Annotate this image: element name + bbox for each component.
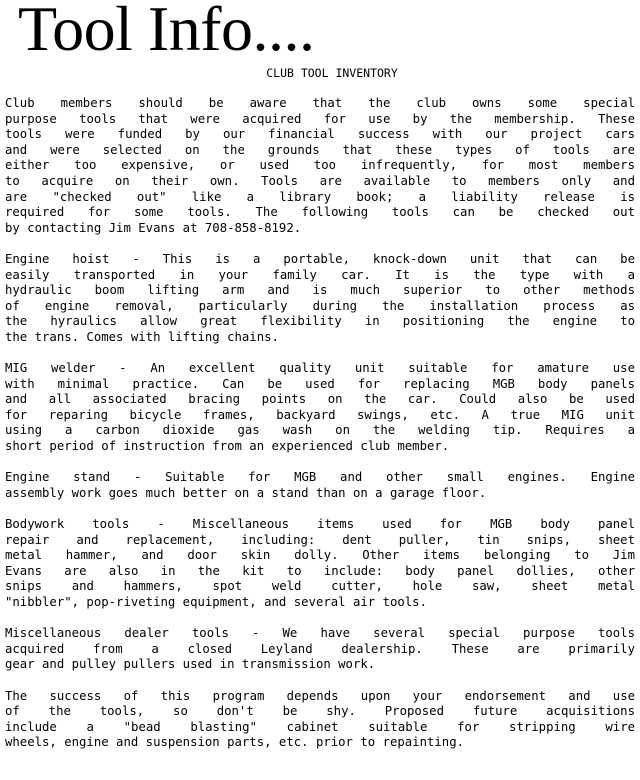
text-line: Club members should be aware that the cl… <box>5 96 635 112</box>
paragraph-engine-stand: Engine stand - Suitable for MGB and othe… <box>5 470 635 501</box>
text-line: and were selected on the grounds that th… <box>5 143 635 159</box>
document-body: Club members should be aware that the cl… <box>5 96 635 767</box>
text-line: metal hammer, and door skin dolly. Other… <box>5 548 635 564</box>
paragraph-closing: The success of this program depends upon… <box>5 689 635 751</box>
text-line: required for some tools. The following t… <box>5 205 635 221</box>
text-line: acquired from a closed Leyland dealershi… <box>5 642 635 658</box>
text-line: Engine stand - Suitable for MGB and othe… <box>5 470 635 486</box>
text-line: are "checked out" like a library book; a… <box>5 190 635 206</box>
text-line: Evans are also in the kit to include: bo… <box>5 564 635 580</box>
text-line: snips and hammers, spot weld cutter, hol… <box>5 579 635 595</box>
text-line: wheels, engine and suspension parts, etc… <box>5 735 635 751</box>
text-line: The success of this program depends upon… <box>5 689 635 705</box>
text-line: assembly work goes much better on a stan… <box>5 486 635 502</box>
text-line: tools were funded by our financial succe… <box>5 127 635 143</box>
text-line: of the tools, so don't be shy. Proposed … <box>5 704 635 720</box>
text-line: short period of instruction from an expe… <box>5 439 635 455</box>
paragraph-mig-welder: MIG welder - An excellent quality unit s… <box>5 361 635 455</box>
text-line: to acquire on their own. Tools are avail… <box>5 174 635 190</box>
text-line: Miscellaneous dealer tools - We have sev… <box>5 626 635 642</box>
text-line: with minimal practice. Can be used for r… <box>5 377 635 393</box>
paragraph-engine-hoist: Engine hoist - This is a portable, knock… <box>5 252 635 346</box>
paragraph-intro: Club members should be aware that the cl… <box>5 96 635 236</box>
text-line: hydraulic boom lifting arm and is much s… <box>5 283 635 299</box>
paragraph-bodywork-tools: Bodywork tools - Miscellaneous items use… <box>5 517 635 611</box>
text-line: either too expensive, or used too infreq… <box>5 158 635 174</box>
text-line: of engine removal, particularly during t… <box>5 299 635 315</box>
page-subtitle: CLUB TOOL INVENTORY <box>0 66 640 80</box>
text-line: gear and pulley pullers used in transmis… <box>5 657 635 673</box>
text-line: the hyraulics allow great flexibility in… <box>5 314 635 330</box>
text-line: Engine hoist - This is a portable, knock… <box>5 252 635 268</box>
text-line: MIG welder - An excellent quality unit s… <box>5 361 635 377</box>
page-title: Tool Info.... <box>18 0 315 64</box>
text-line: using a carbon dioxide gas wash on the w… <box>5 423 635 439</box>
text-line: easily transported in your family car. I… <box>5 268 635 284</box>
paragraph-dealer-tools: Miscellaneous dealer tools - We have sev… <box>5 626 635 673</box>
text-line: by contacting Jim Evans at 708-858-8192. <box>5 221 635 237</box>
text-line: include a "bead blasting" cabinet suitab… <box>5 720 635 736</box>
text-line: for reparing bicycle frames, backyard sw… <box>5 408 635 424</box>
text-line: purpose tools that were acquired for use… <box>5 112 635 128</box>
text-line: "nibbler", pop-riveting equipment, and s… <box>5 595 635 611</box>
text-line: the trans. Comes with lifting chains. <box>5 330 635 346</box>
text-line: repair and replacement, including: dent … <box>5 533 635 549</box>
text-line: and all associated bracing points on the… <box>5 392 635 408</box>
text-line: Bodywork tools - Miscellaneous items use… <box>5 517 635 533</box>
